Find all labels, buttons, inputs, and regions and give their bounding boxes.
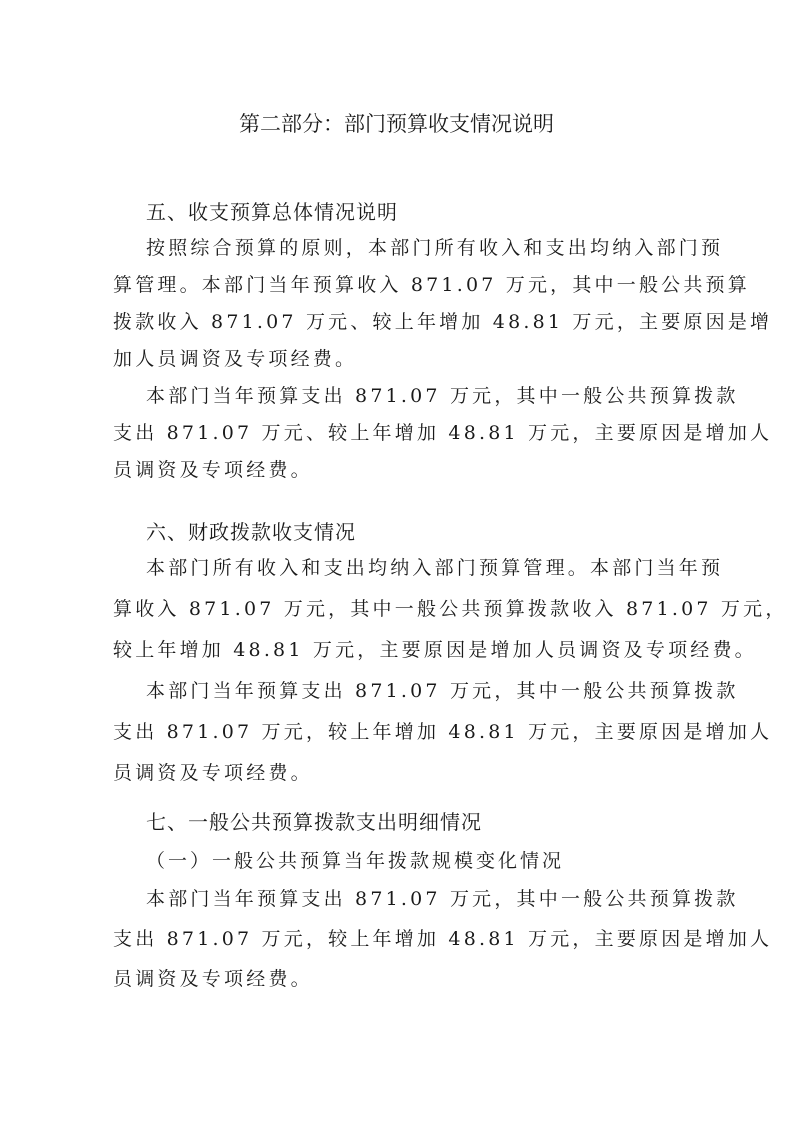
paragraph-line: 加人员调资及专项经费。 [113,344,357,371]
paragraph-line: 算收入 871.07 万元，其中一般公共预算拨款收入 871.07 万元， [113,594,788,621]
paragraph-line: 本部门当年预算支出 871.07 万元，其中一般公共预算拨款 [146,676,739,703]
paragraph-line: 按照综合预算的原则，本部门所有收入和支出均纳入部门预 [146,233,723,260]
section-heading: 五、收支预算总体情况说明 [146,196,398,225]
paragraph-line: 较上年增加 48.81 万元，主要原因是增加人员调资及专项经费。 [113,635,757,662]
paragraph-line: 支出 871.07 万元、较上年增加 48.81 万元，主要原因是增加人 [113,418,772,445]
paragraph-line: 算管理。本部门当年预算收入 871.07 万元，其中一般公共预算 [113,270,750,297]
paragraph-line: 支出 871.07 万元，较上年增加 48.81 万元，主要原因是增加人 [113,717,772,744]
paragraph-line: 本部门当年预算支出 871.07 万元，其中一般公共预算拨款 [146,381,739,408]
paragraph-line: 本部门当年预算支出 871.07 万元，其中一般公共预算拨款 [146,884,739,911]
paragraph-line: 员调资及专项经费。 [113,455,313,482]
paragraph-line: 员调资及专项经费。 [113,758,313,785]
section-heading: 六、财政拨款收支情况 [146,516,356,545]
sub-heading: （一）一般公共预算当年拨款规模变化情况 [146,846,564,873]
paragraph-line: 员调资及专项经费。 [113,964,313,991]
paragraph-line: 支出 871.07 万元，较上年增加 48.81 万元，主要原因是增加人 [113,924,772,951]
section-heading: 七、一般公共预算拨款支出明细情况 [146,806,482,835]
page-title: 第二部分：部门预算收支情况说明 [0,108,793,138]
paragraph-line: 拨款收入 871.07 万元、较上年增加 48.81 万元，主要原因是增 [113,307,772,334]
paragraph-line: 本部门所有收入和支出均纳入部门预算管理。本部门当年预 [146,553,723,580]
